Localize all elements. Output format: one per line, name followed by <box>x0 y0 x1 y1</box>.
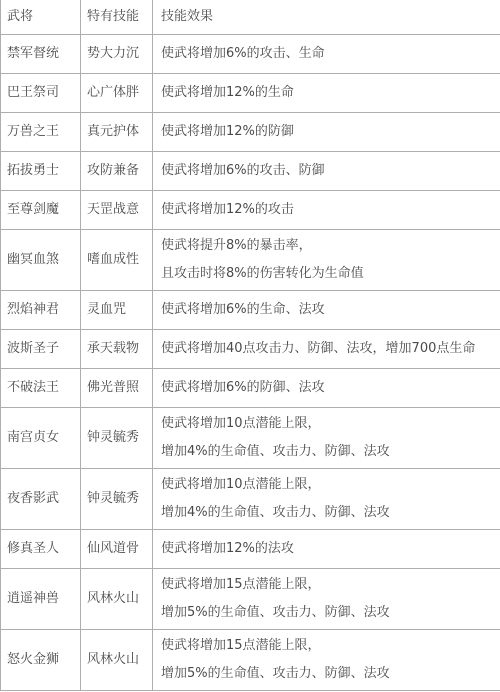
generals-skill-table: 武将 特有技能 技能效果 禁军督统 势大力沉 使武将增加6%的攻击、生命 巴王祭… <box>0 0 500 691</box>
general-name-cell: 禁军督统 <box>1 34 81 73</box>
skill-effect-cell: 使武将增加6%的攻击、防御 <box>153 151 500 190</box>
skill-effect-cell: 使武将增加6%的防御、法攻 <box>153 368 500 407</box>
skill-effect-cell: 使武将提升8%的暴击率， 且攻击时将8%的伤害转化为生命值 <box>153 229 500 290</box>
general-name-cell: 幽冥血煞 <box>1 229 81 290</box>
table-row: 波斯圣子 承天载物 使武将增加40点攻击力、防御、法攻，增加700点生命 <box>1 329 500 368</box>
skill-name-cell: 势大力沉 <box>81 34 153 73</box>
skill-effect-cell: 使武将增加12%的攻击 <box>153 190 500 229</box>
skill-name-cell: 佛光普照 <box>81 368 153 407</box>
table-row: 幽冥血煞 嗜血成性 使武将提升8%的暴击率， 且攻击时将8%的伤害转化为生命值 <box>1 229 500 290</box>
general-name-cell: 万兽之王 <box>1 112 81 151</box>
header-cell-skill: 特有技能 <box>81 0 153 34</box>
table-row: 夜香影武 钟灵毓秀 使武将增加10点潜能上限， 增加4%的生命值、攻击力、防御、… <box>1 468 500 529</box>
skill-effect-cell: 使武将增加10点潜能上限， 增加4%的生命值、攻击力、防御、法攻 <box>153 407 500 468</box>
table-row: 巴王祭司 心广体胖 使武将增加12%的生命 <box>1 73 500 112</box>
skill-effect-cell: 使武将增加15点潜能上限， 增加5%的生命值、攻击力、防御、法攻 <box>153 568 500 629</box>
table-row: 修真圣人 仙风道骨 使武将增加12%的法攻 <box>1 529 500 568</box>
general-name-cell: 拓拔勇士 <box>1 151 81 190</box>
table-row: 烈焰神君 灵血咒 使武将增加6%的生命、法攻 <box>1 290 500 329</box>
table-header-row: 武将 特有技能 技能效果 <box>1 0 500 34</box>
table-row: 怒火金狮 风林火山 使武将增加15点潜能上限， 增加5%的生命值、攻击力、防御、… <box>1 629 500 690</box>
skill-name-cell: 心广体胖 <box>81 73 153 112</box>
skill-effect-cell: 使武将增加15点潜能上限， 增加5%的生命值、攻击力、防御、法攻 <box>153 629 500 690</box>
skill-effect-cell: 使武将增加40点攻击力、防御、法攻，增加700点生命 <box>153 329 500 368</box>
skill-name-cell: 仙风道骨 <box>81 529 153 568</box>
skill-effect-cell: 使武将增加10点潜能上限， 增加4%的生命值、攻击力、防御、法攻 <box>153 468 500 529</box>
table-row: 逍遥神兽 风林火山 使武将增加15点潜能上限， 增加5%的生命值、攻击力、防御、… <box>1 568 500 629</box>
general-name-cell: 至尊剑魔 <box>1 190 81 229</box>
general-name-cell: 巴王祭司 <box>1 73 81 112</box>
skill-effect-cell: 使武将增加6%的生命、法攻 <box>153 290 500 329</box>
skill-name-cell: 天罡战意 <box>81 190 153 229</box>
skill-name-cell: 钟灵毓秀 <box>81 407 153 468</box>
general-name-cell: 修真圣人 <box>1 529 81 568</box>
skill-name-cell: 攻防兼备 <box>81 151 153 190</box>
skill-effect-cell: 使武将增加12%的防御 <box>153 112 500 151</box>
general-name-cell: 怒火金狮 <box>1 629 81 690</box>
table-row: 至尊剑魔 天罡战意 使武将增加12%的攻击 <box>1 190 500 229</box>
skill-name-cell: 嗜血成性 <box>81 229 153 290</box>
table-row: 不破法王 佛光普照 使武将增加6%的防御、法攻 <box>1 368 500 407</box>
skill-name-cell: 风林火山 <box>81 629 153 690</box>
skill-name-cell: 灵血咒 <box>81 290 153 329</box>
header-cell-general: 武将 <box>1 0 81 34</box>
skill-name-cell: 风林火山 <box>81 568 153 629</box>
general-name-cell: 南宫贞女 <box>1 407 81 468</box>
skill-name-cell: 钟灵毓秀 <box>81 468 153 529</box>
general-name-cell: 波斯圣子 <box>1 329 81 368</box>
table-row: 南宫贞女 钟灵毓秀 使武将增加10点潜能上限， 增加4%的生命值、攻击力、防御、… <box>1 407 500 468</box>
skill-effect-cell: 使武将增加12%的法攻 <box>153 529 500 568</box>
skill-effect-cell: 使武将增加12%的生命 <box>153 73 500 112</box>
general-name-cell: 逍遥神兽 <box>1 568 81 629</box>
general-name-cell: 烈焰神君 <box>1 290 81 329</box>
general-name-cell: 夜香影武 <box>1 468 81 529</box>
table-row: 禁军督统 势大力沉 使武将增加6%的攻击、生命 <box>1 34 500 73</box>
general-name-cell: 不破法王 <box>1 368 81 407</box>
table-row: 万兽之王 真元护体 使武将增加12%的防御 <box>1 112 500 151</box>
skill-effect-cell: 使武将增加6%的攻击、生命 <box>153 34 500 73</box>
skill-name-cell: 真元护体 <box>81 112 153 151</box>
skill-name-cell: 承天载物 <box>81 329 153 368</box>
header-cell-effect: 技能效果 <box>153 0 500 34</box>
table-row: 拓拔勇士 攻防兼备 使武将增加6%的攻击、防御 <box>1 151 500 190</box>
